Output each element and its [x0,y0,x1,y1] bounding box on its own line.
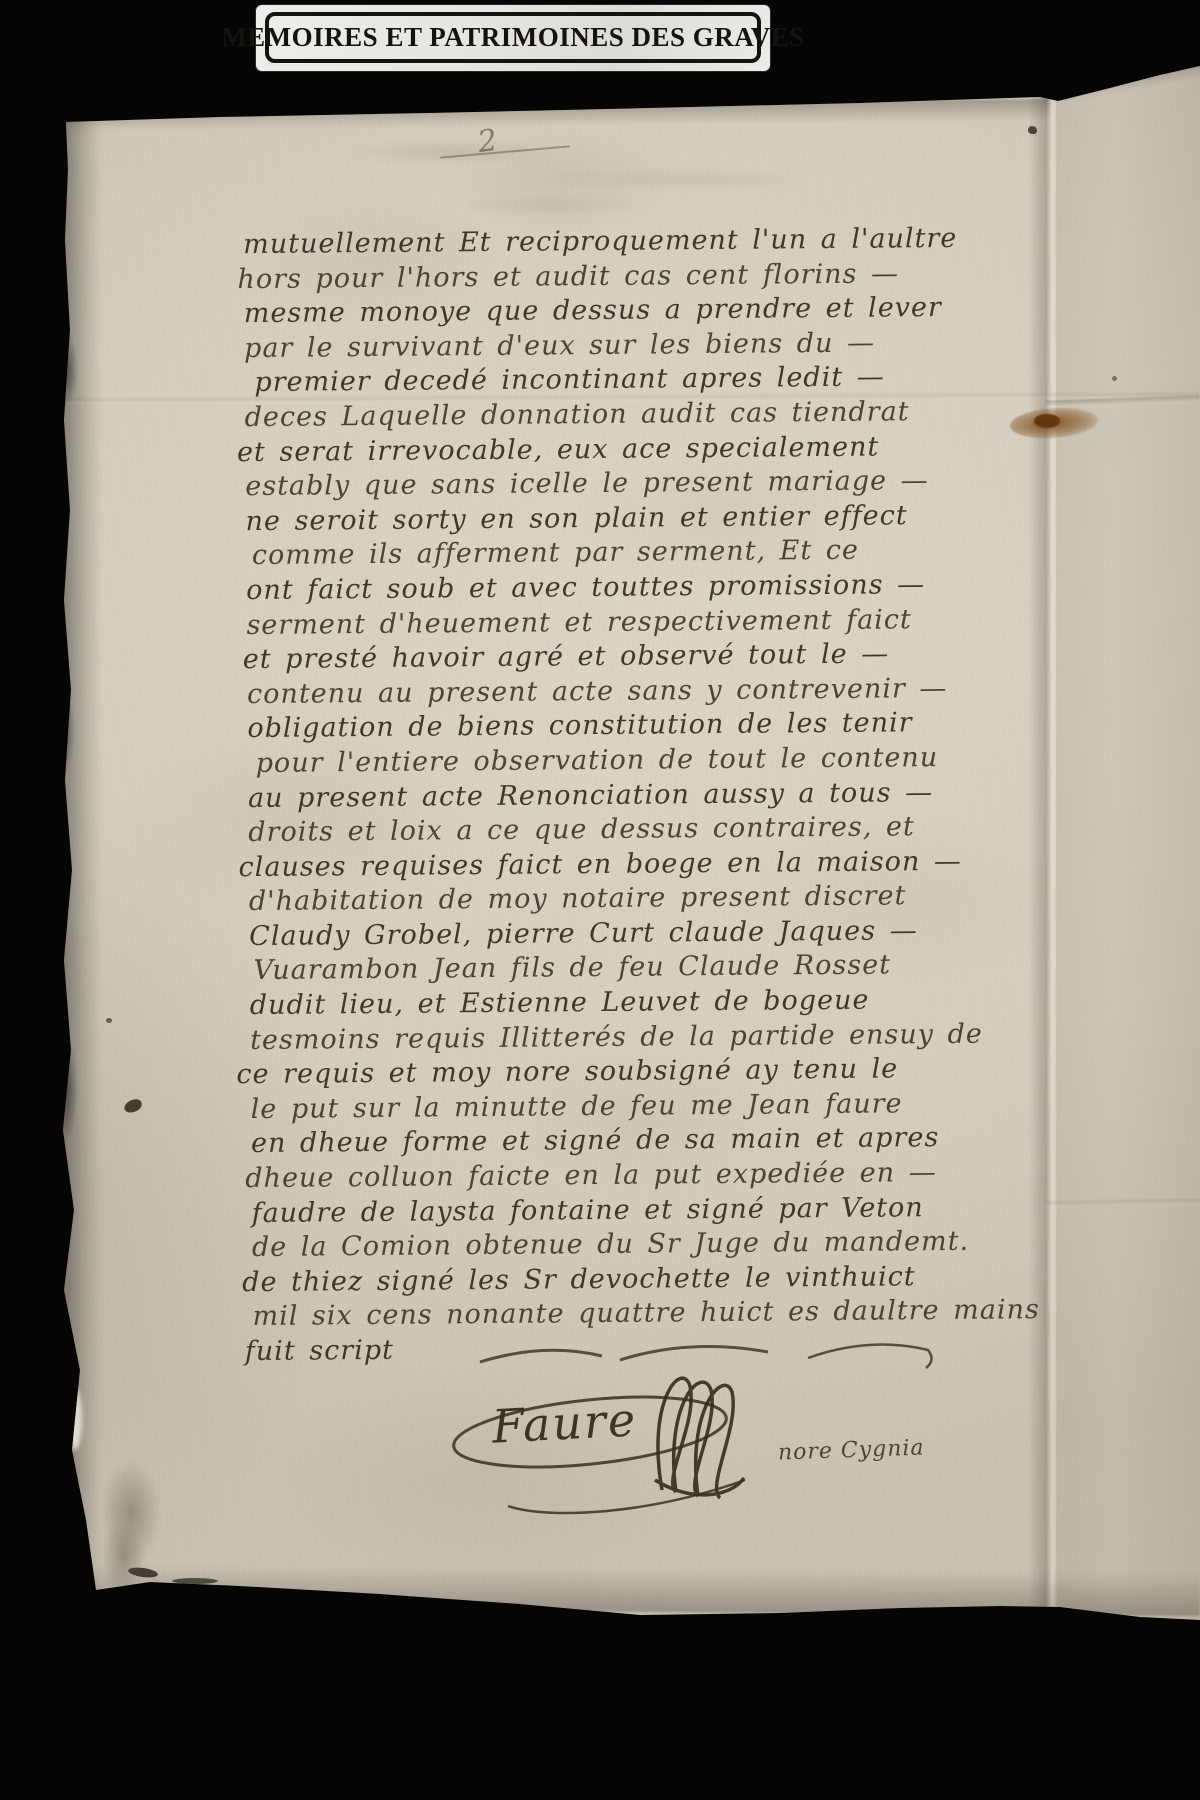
adjacent-page-panel [1056,64,1200,1620]
collection-label-text: MEMOIRES ET PATRIMOINES DES GRAVES [221,22,805,53]
ink-speck [1028,126,1037,134]
photo-stage: MEMOIRES ET PATRIMOINES DES GRAVES 2 mut… [0,0,1200,1800]
ink-bleed-through [260,125,900,215]
torn-left-edge-shadow [58,110,110,1596]
frayed-paper-fiber [68,1388,82,1450]
collection-label-border: MEMOIRES ET PATRIMOINES DES GRAVES [265,12,761,63]
manuscript-page: 2 mutuellement Et reciproquement l'un a … [0,0,1200,1800]
edge-dark-mark [172,1578,218,1584]
signature-annotation: nore Cygnia [778,1435,925,1465]
manuscript-text-block: mutuellement Et reciproquement l'un a l'… [243,222,953,1370]
notary-signature: Faure [491,1392,639,1454]
collection-label: MEMOIRES ET PATRIMOINES DES GRAVES [256,5,770,71]
frayed-paper-fiber [62,1478,74,1518]
brown-ink-stain-core [1034,414,1060,428]
gray-smudge [92,1462,170,1590]
ink-speck [106,1018,112,1023]
ink-speck [1112,376,1117,381]
